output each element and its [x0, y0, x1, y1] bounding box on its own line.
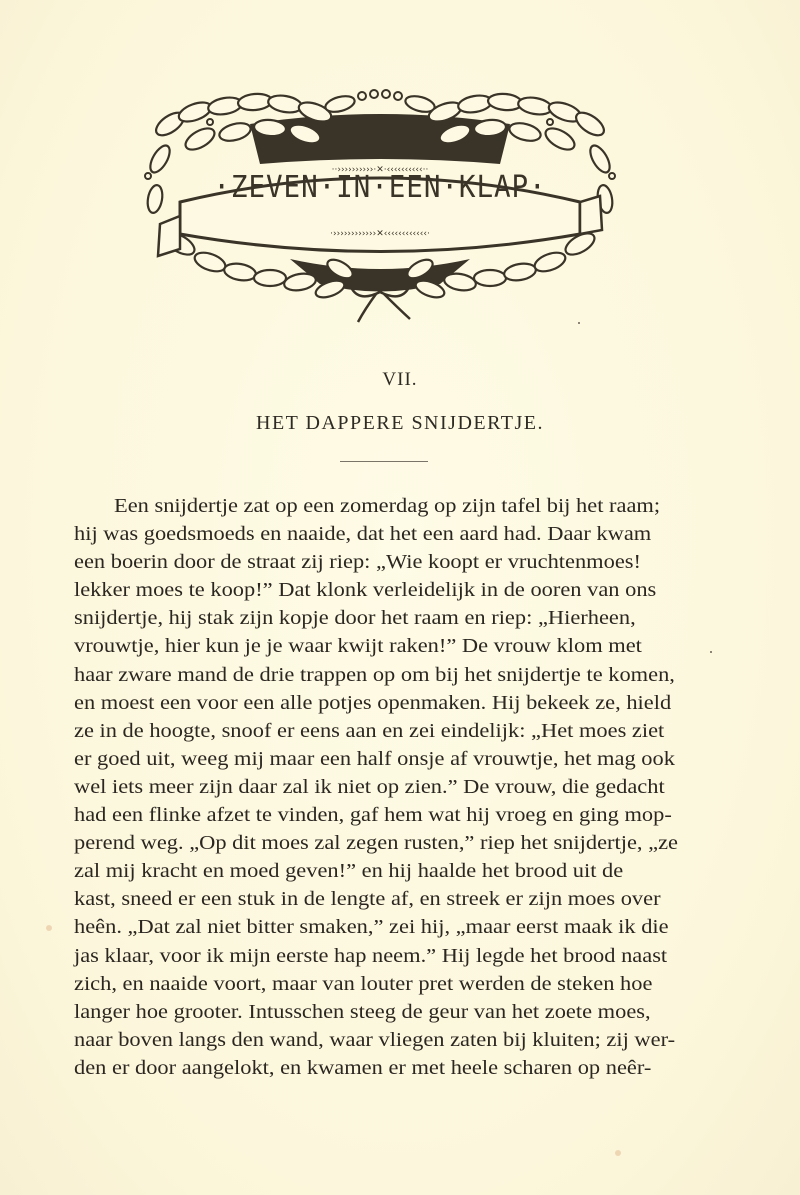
divider-rule [340, 461, 428, 462]
paper-speck [710, 651, 712, 653]
text-line: zich, en naaide voort, maar van louter p… [74, 971, 698, 999]
chapter-title: HET DAPPERE SNIJDERTJE. [0, 412, 800, 435]
text-line: perend weg. „Op dit moes zal zegen ruste… [74, 830, 698, 858]
book-page: ··››››››››››·✕·‹‹‹‹‹‹‹‹‹‹·· ·›››››››››››… [0, 0, 800, 1195]
text-line: snijdertje, hij stak zijn kopje door het… [74, 605, 698, 633]
text-line: zal mij kracht en moed geven!” en hij ha… [74, 858, 698, 886]
text-line: naar boven langs den wand, waar vliegen … [74, 1027, 698, 1055]
text-line: den er door aangelokt, en kwamen er met … [74, 1055, 698, 1083]
paper-speck [578, 322, 580, 324]
text-line: heên. „Dat zal niet bitter smaken,” zei … [74, 914, 698, 942]
banner-title: ·ZEVEN·IN·EEN·KLAP· [196, 170, 564, 206]
text-line: had een flinke afzet te vinden, gaf hem … [74, 802, 698, 830]
laurel-wreath-banner-icon: ··››››››››››·✕·‹‹‹‹‹‹‹‹‹‹·· ·›››››››››››… [140, 84, 620, 329]
text-line: langer hoe grooter. Intusschen steeg de … [74, 999, 698, 1027]
svg-text:·››››››››››››✕‹‹‹‹‹‹‹‹‹‹‹‹·: ·››››››››››››✕‹‹‹‹‹‹‹‹‹‹‹‹· [330, 229, 430, 239]
text-line: kast, sneed er een stuk in de lengte af,… [74, 886, 698, 914]
text-line: jas klaar, voor ik mijn eerste hap neem.… [74, 943, 698, 971]
chapter-number: VII. [0, 369, 800, 391]
text-line: Een snijdertje zat op een zomerdag op zi… [74, 493, 698, 521]
text-line: haar zware mand de drie trappen op om bi… [74, 662, 698, 690]
text-line: wel iets meer zijn daar zal ik niet op z… [74, 774, 698, 802]
text-line: er goed uit, weeg mij maar een half onsj… [74, 746, 698, 774]
text-line: lekker moes te koop!” Dat klonk verleide… [74, 577, 698, 605]
text-line: een boerin door de straat zij riep: „Wie… [74, 549, 698, 577]
paper-stain [46, 925, 52, 931]
text-line: hij was goedsmoeds en naaide, dat het ee… [74, 521, 698, 549]
paper-stain [615, 1150, 621, 1156]
text-line: ze in de hoogte, snoof er eens aan en ze… [74, 718, 698, 746]
text-line: vrouwtje, hier kun je je waar kwijt rake… [74, 633, 698, 661]
body-paragraph: Een snijdertje zat op een zomerdag op zi… [74, 493, 698, 1083]
text-line: en moest een voor een alle potjes openma… [74, 690, 698, 718]
